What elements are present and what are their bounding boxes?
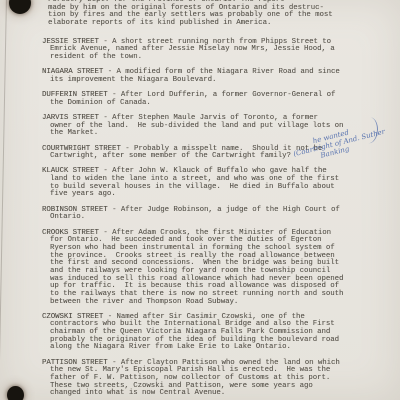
street-entry-crooks: CROOKS STREET - After Adam Crooks, the f… [42, 230, 344, 307]
street-entry-jarvis: JARVIS STREET - After Stephen Maule Jarv… [42, 115, 344, 138]
street-entry-klauck: KLAUCK STREET - After John W. Klauck of … [42, 168, 344, 199]
entry-text: After Adam Crooks, the first Minister of… [50, 229, 348, 306]
street-entry-niagara: NIAGARA STREET - A modified form of the … [42, 69, 344, 84]
street-entry-jessie: JESSIE STREET - A short street running n… [42, 39, 344, 62]
street-entry-dufferin: DUFFERIN STREET - After Lord Dufferin, a… [42, 92, 344, 107]
intro-line: elaborate reports of its kind published … [48, 20, 344, 28]
scanned-document-page: { "colors": { "paper": "#e8e5df", "ink":… [0, 0, 400, 400]
punch-hole-bottom-icon [7, 386, 24, 400]
intro-paragraph: Forestry Dept. for the Province of Ontar… [48, 0, 344, 28]
street-entry-pattison: PATTISON STREET - After Clayton Pattison… [42, 360, 344, 398]
entry-separator: - [108, 206, 121, 214]
street-entry-czowski: CZOWSKI STREET - Named after Sir Casimir… [42, 314, 344, 352]
punch-hole-top-icon [9, 0, 31, 14]
street-entry-robinson: ROBINSON STREET - After Judge Robinson, … [42, 207, 344, 222]
typewritten-text-column: Forestry Dept. for the Province of Ontar… [42, 0, 344, 400]
paper-crease-line [0, 0, 7, 400]
